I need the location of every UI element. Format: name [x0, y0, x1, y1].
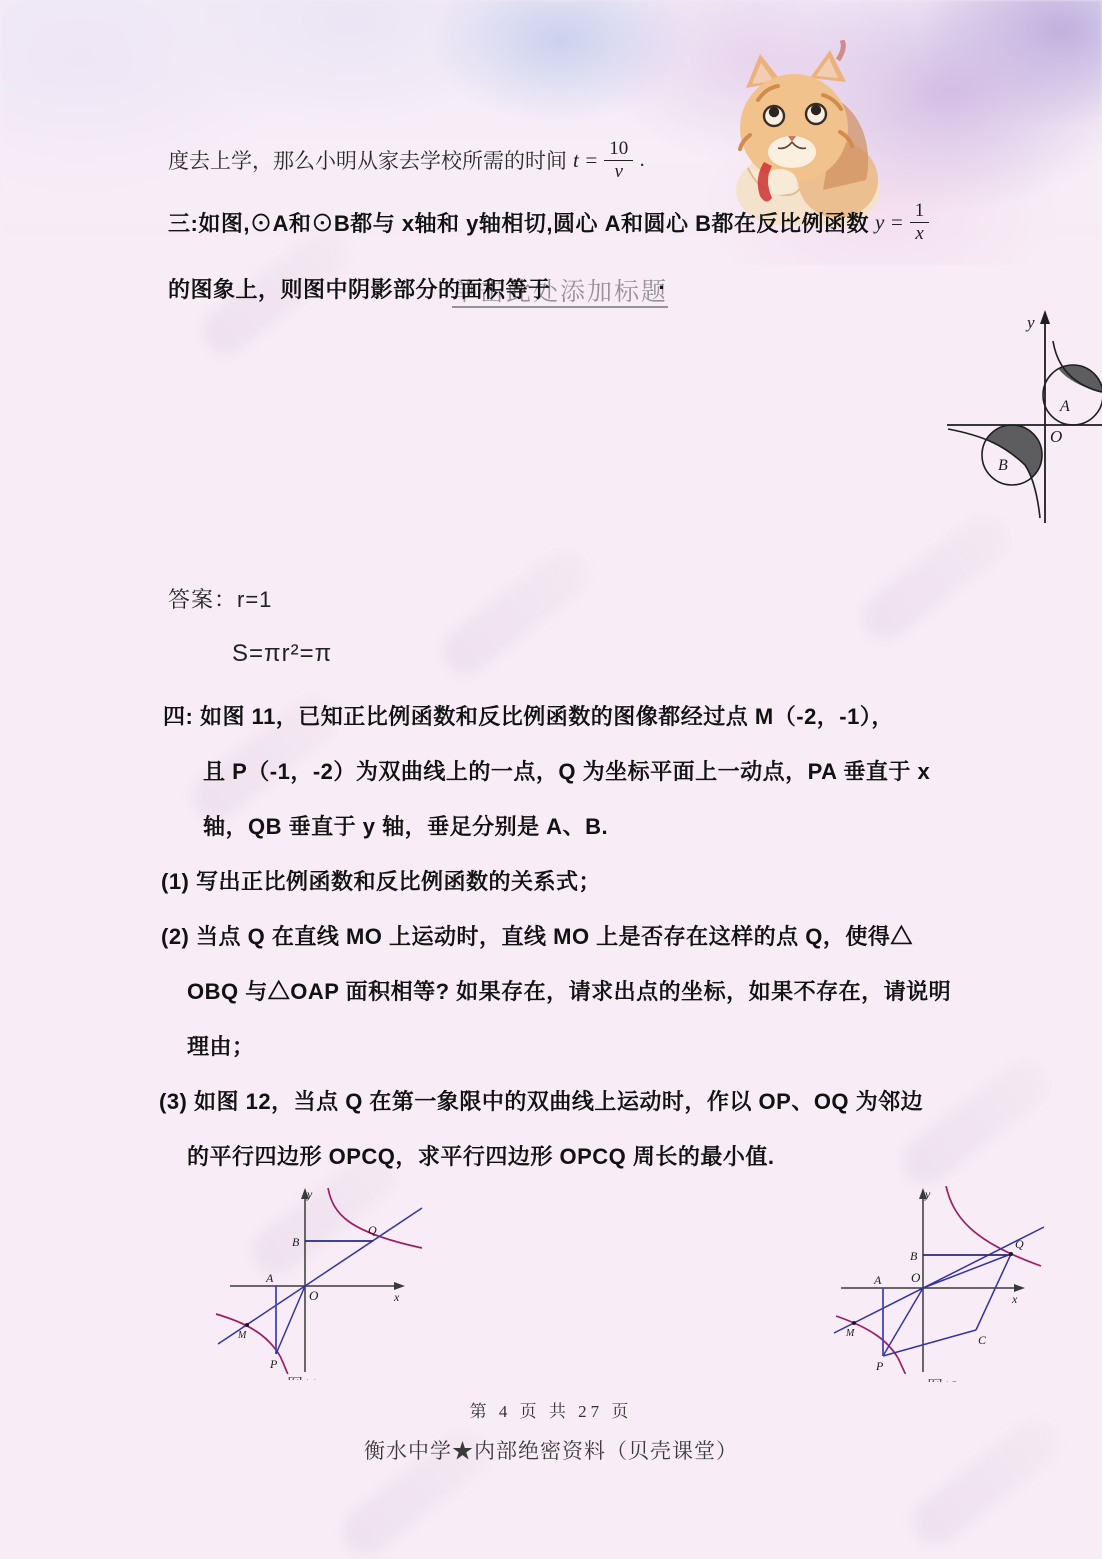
- origin-label: O: [309, 1288, 319, 1303]
- answer-line-2: S=πr²=π: [232, 640, 332, 668]
- problem3-line2: 的图象上，则图中阴影部分的面积等于 ·: [168, 270, 666, 306]
- point-m-label: M: [237, 1330, 247, 1341]
- fraction-denominator: v: [615, 161, 623, 182]
- figure-circles-hyperbola: y O A B: [945, 308, 1102, 523]
- point-p-label: P: [875, 1359, 884, 1373]
- exam-document-page: 度去上学，那么小明从家去学校所需的时间 t = 10 v . 三:如图,⊙A和⊙…: [0, 0, 1102, 1559]
- subquestion-text: (1) 写出正比例函数和反比例函数的关系式；: [161, 865, 601, 896]
- watermark-smudge: [894, 1053, 1056, 1194]
- sentence-period: ·: [659, 275, 667, 301]
- point-b-label: B: [292, 1235, 300, 1249]
- point-a-label: A: [265, 1271, 274, 1285]
- problem3-statement-cont: 的图象上，则图中阴影部分的面积等于: [168, 273, 551, 304]
- axis-label-x: x: [1011, 1292, 1018, 1306]
- intro-math-lhs: t =: [573, 148, 598, 173]
- problem4-statement: 四: 如图 11，已知正比例函数和反比例函数的图像都经过点 M（-2，-1），: [163, 700, 894, 731]
- problem4-subquestion-2: (2) 当点 Q 在直线 MO 上运动时，直线 MO 上是否存在这样的点 Q，使…: [161, 920, 913, 951]
- origin-label: O: [911, 1270, 921, 1285]
- problem4-statement: 轴，QB 垂直于 y 轴，垂足分别是 A、B.: [203, 810, 608, 841]
- point-a-label: A: [873, 1273, 882, 1287]
- figure-11-caption: 图11: [287, 1372, 327, 1380]
- watermark-smudge: [434, 543, 596, 684]
- figure-12-graph: y x O B A M P Q C: [826, 1186, 1076, 1374]
- intro-line: 度去上学，那么小明从家去学校所需的时间 t = 10 v .: [168, 137, 645, 183]
- subquestion-text: (2) 当点 Q 在直线 MO 上运动时，直线 MO 上是否存在这样的点 Q，使…: [161, 920, 913, 951]
- problem4-subquestion-3: (3) 如图 12，当点 Q 在第一象限中的双曲线上运动时，作以 OP、OQ 为…: [159, 1085, 923, 1116]
- answer-area-formula: S=πr²=π: [232, 640, 332, 668]
- circle-b-label: B: [998, 457, 1008, 474]
- axis-label-y: y: [924, 1187, 931, 1201]
- problem3-math-lhs: y =: [875, 210, 904, 235]
- page-number: 第 4 页 共 27 页: [0, 1397, 1102, 1422]
- problem4-line: 轴，QB 垂直于 y 轴，垂足分别是 A、B.: [203, 810, 608, 841]
- problem4-line: 理由；: [187, 1030, 255, 1061]
- problem3-line1: 三:如图,⊙A和⊙B都与 x轴和 y轴相切,圆心 A和圆心 B都在反比例函数 y…: [168, 196, 929, 248]
- problem4-line: OBQ 与△OAP 面积相等? 如果存在，请求出点的坐标，如果不存在，请说明: [187, 975, 951, 1006]
- subquestion-text: 理由；: [187, 1030, 255, 1061]
- subquestion-text: 的平行四边形 OPCQ，求平行四边形 OPCQ 周长的最小值.: [187, 1140, 775, 1171]
- answer-r-value: 答案：r=1: [168, 583, 272, 614]
- origin-label: O: [1050, 427, 1062, 446]
- point-q-label: Q: [368, 1223, 377, 1237]
- figure-12-caption: 图12: [927, 1374, 967, 1382]
- axis-label-y: y: [306, 1187, 313, 1201]
- point-q-label: Q: [1015, 1237, 1024, 1251]
- circle-a-label: A: [1059, 398, 1070, 415]
- problem4-subquestion-1: (1) 写出正比例函数和反比例函数的关系式；: [161, 865, 601, 896]
- point-p-label: P: [269, 1357, 278, 1371]
- watermark-smudge: [904, 1413, 1066, 1554]
- subquestion-text: (3) 如图 12，当点 Q 在第一象限中的双曲线上运动时，作以 OP、OQ 为…: [159, 1085, 923, 1116]
- intro-text: 度去上学，那么小明从家去学校所需的时间: [168, 145, 567, 175]
- problem4-line: 且 P（-1，-2）为双曲线上的一点，Q 为坐标平面上一动点，PA 垂直于 x: [203, 755, 930, 786]
- figure-11-graph: y x O B A M P Q: [210, 1186, 432, 1374]
- problem4-line: 四: 如图 11，已知正比例函数和反比例函数的图像都经过点 M（-2，-1），: [163, 700, 894, 731]
- fraction-denominator: x: [915, 223, 923, 244]
- axis-label-x: x: [393, 1290, 400, 1304]
- intro-period: .: [639, 148, 645, 172]
- point-m-label: M: [845, 1328, 855, 1339]
- problem3-statement: 三:如图,⊙A和⊙B都与 x轴和 y轴相切,圆心 A和圆心 B都在反比例函数: [168, 207, 869, 238]
- intro-fraction: 10 v: [604, 139, 633, 182]
- problem4-line: 的平行四边形 OPCQ，求平行四边形 OPCQ 周长的最小值.: [187, 1140, 775, 1171]
- watermark-smudge: [854, 508, 1016, 649]
- point-c-label: C: [978, 1333, 987, 1347]
- fraction-numerator: 10: [604, 139, 633, 161]
- problem4-statement: 且 P（-1，-2）为双曲线上的一点，Q 为坐标平面上一动点，PA 垂直于 x: [203, 755, 930, 786]
- axis-label-y: y: [1025, 313, 1035, 332]
- footer-brand-text: 衡水中学★内部绝密资料（贝壳课堂）: [0, 1435, 1102, 1465]
- point-b-label: B: [910, 1249, 918, 1263]
- answer-line-1: 答案：r=1: [168, 583, 272, 614]
- subquestion-text: OBQ 与△OAP 面积相等? 如果存在，请求出点的坐标，如果不存在，请说明: [187, 975, 951, 1006]
- problem3-fraction: 1 x: [910, 201, 930, 244]
- fraction-numerator: 1: [910, 201, 930, 223]
